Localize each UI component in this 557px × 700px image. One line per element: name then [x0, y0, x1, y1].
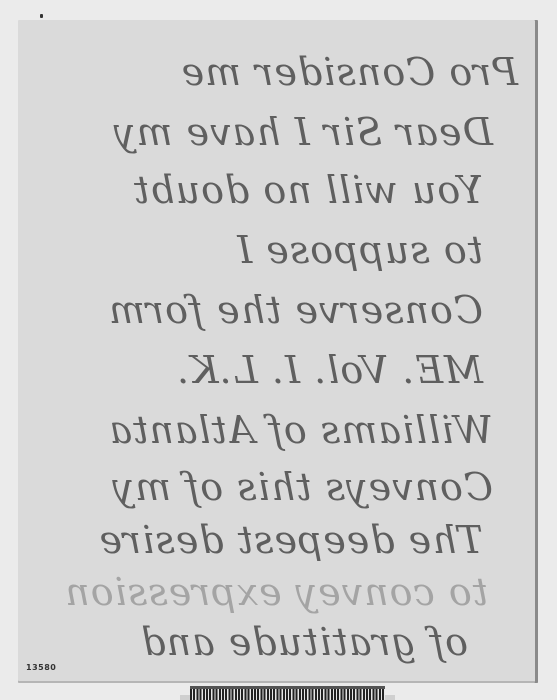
- scale-ruler: [190, 686, 385, 700]
- handwriting-line-8: Conveys this of my: [18, 465, 538, 509]
- scan-frame: Pro Consider me Dear Sir I have my You w…: [0, 0, 557, 700]
- handwriting-line-1: Pro Consider me: [18, 50, 538, 94]
- handwriting-line-5: Conserve the form: [18, 288, 538, 332]
- handwriting-line-7: Williams of Atlanta: [18, 408, 538, 452]
- letter-page: Pro Consider me Dear Sir I have my You w…: [18, 20, 538, 683]
- handwriting-line-10: to convey expression: [18, 570, 538, 614]
- handwriting-line-4: to suppose I: [18, 228, 538, 272]
- handwriting-line-2: Dear Sir I have my: [18, 110, 538, 154]
- handwriting-line-9: The deepest desire: [18, 518, 538, 562]
- catalog-number: 13580: [26, 663, 56, 672]
- handwriting-line-6: ME. Vol. I. L.K.: [18, 348, 538, 392]
- handwriting-line-11: of gratitude and: [18, 620, 538, 664]
- handwriting-line-3: You will no doubt: [18, 168, 538, 212]
- ink-speck: [40, 14, 43, 18]
